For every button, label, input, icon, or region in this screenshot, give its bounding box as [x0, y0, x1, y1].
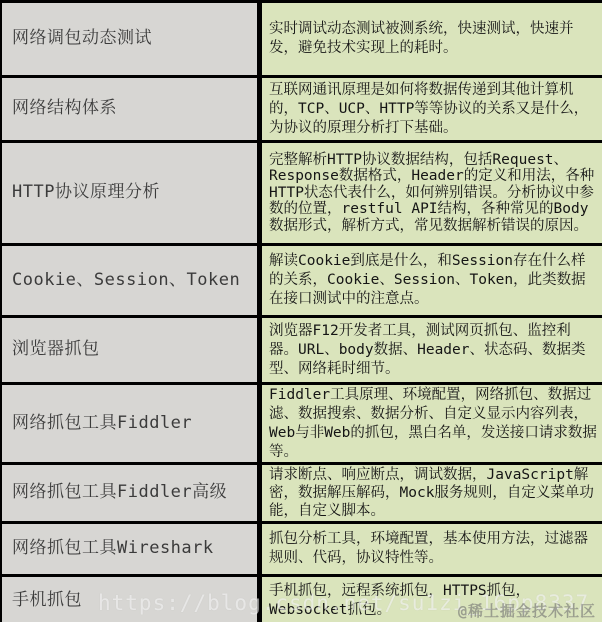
course-desc-cell: 浏览器F12开发者工具，测试网页抓包、监控利器。URL、body数据、Heade…	[262, 318, 602, 382]
course-desc: 解读Cookie到底是什么，和Session存在什么样的关系，Cookie、Se…	[269, 252, 597, 309]
course-outline-table-screenshot: 网络调包动态测试 实时调试动态测试被测系统，快速测试，快速并发，避免技术实现上的…	[0, 0, 602, 622]
course-desc: 手机抓包，远程系统抓包，HTTPS抓包，Websocket抓包。	[269, 582, 597, 620]
course-desc: 抓包分析工具，环境配置，基本使用方法，过滤器规则、代码，协议特性等。	[269, 530, 597, 568]
course-title-cell: 网络调包动态测试	[2, 3, 262, 75]
course-title: Cookie、Session、Token	[12, 270, 240, 291]
course-title-cell: 网络结构体系	[2, 78, 262, 140]
course-title: 网络结构体系	[12, 98, 117, 119]
course-desc-cell: 实时调试动态测试被测系统，快速测试，快速并发，避免技术实现上的耗时。	[262, 3, 602, 75]
table-row: 网络抓包工具Fiddler Fiddler工具原理、环境配置，网络抓包、数据过滤…	[2, 385, 602, 465]
course-desc-cell: Fiddler工具原理、环境配置，网络抓包、数据过滤、数据搜索、数据分析、自定义…	[262, 385, 602, 462]
course-title-cell: HTTP协议原理分析	[2, 143, 262, 243]
table-row: HTTP协议原理分析 完整解析HTTP协议数据结构，包括Request、Resp…	[2, 143, 602, 246]
course-title-cell: 浏览器抓包	[2, 318, 262, 382]
table-row: 手机抓包 手机抓包，远程系统抓包，HTTPS抓包，Websocket抓包。	[2, 577, 602, 622]
course-title-cell: 手机抓包	[2, 577, 262, 622]
table-row: 网络结构体系 互联网通讯原理是如何将数据传递到其他计算机的，TCP、UCP、HT…	[2, 78, 602, 143]
course-title: 网络调包动态测试	[12, 28, 152, 49]
course-desc: 浏览器F12开发者工具，测试网页抓包、监控利器。URL、body数据、Heade…	[269, 322, 597, 379]
course-desc-cell: 抓包分析工具，环境配置，基本使用方法，过滤器规则、代码，协议特性等。	[262, 524, 602, 574]
course-title-cell: Cookie、Session、Token	[2, 246, 262, 315]
course-table: 网络调包动态测试 实时调试动态测试被测系统，快速测试，快速并发，避免技术实现上的…	[2, 3, 602, 622]
course-title: 浏览器抓包	[12, 339, 100, 360]
course-desc-cell: 手机抓包，远程系统抓包，HTTPS抓包，Websocket抓包。	[262, 577, 602, 622]
course-title: 网络抓包工具Fiddler	[12, 413, 192, 434]
course-desc: 完整解析HTTP协议数据结构，包括Request、Response数据格式，He…	[269, 152, 597, 235]
course-title: 网络抓包工具Wireshark	[12, 538, 214, 559]
course-title: 手机抓包	[12, 590, 82, 611]
course-desc: Fiddler工具原理、环境配置，网络抓包、数据过滤、数据搜索、数据分析、自定义…	[269, 386, 597, 462]
course-desc-cell: 请求断点、响应断点，调试数据，JavaScript解密，数据解压解码，Mock服…	[262, 465, 602, 521]
course-desc-cell: 解读Cookie到底是什么，和Session存在什么样的关系，Cookie、Se…	[262, 246, 602, 315]
course-title: 网络抓包工具Fiddler高级	[12, 482, 227, 503]
course-desc-cell: 完整解析HTTP协议数据结构，包括Request、Response数据格式，He…	[262, 143, 602, 243]
course-title-cell: 网络抓包工具Wireshark	[2, 524, 262, 574]
course-desc: 实时调试动态测试被测系统，快速测试，快速并发，避免技术实现上的耗时。	[269, 20, 597, 58]
table-row: 网络调包动态测试 实时调试动态测试被测系统，快速测试，快速并发，避免技术实现上的…	[2, 3, 602, 78]
table-row: 网络抓包工具Wireshark 抓包分析工具，环境配置，基本使用方法，过滤器规则…	[2, 524, 602, 577]
table-row: 浏览器抓包 浏览器F12开发者工具，测试网页抓包、监控利器。URL、body数据…	[2, 318, 602, 385]
course-title-cell: 网络抓包工具Fiddler	[2, 385, 262, 462]
course-desc-cell: 互联网通讯原理是如何将数据传递到其他计算机的，TCP、UCP、HTTP等等协议的…	[262, 78, 602, 140]
table-row: 网络抓包工具Fiddler高级 请求断点、响应断点，调试数据，JavaScrip…	[2, 465, 602, 524]
course-desc: 请求断点、响应断点，调试数据，JavaScript解密，数据解压解码，Mock服…	[269, 466, 597, 520]
course-desc: 互联网通讯原理是如何将数据传递到其他计算机的，TCP、UCP、HTTP等等协议的…	[269, 81, 597, 138]
course-title-cell: 网络抓包工具Fiddler高级	[2, 465, 262, 521]
course-title: HTTP协议原理分析	[12, 182, 160, 203]
table-row: Cookie、Session、Token 解读Cookie到底是什么，和Sess…	[2, 246, 602, 318]
